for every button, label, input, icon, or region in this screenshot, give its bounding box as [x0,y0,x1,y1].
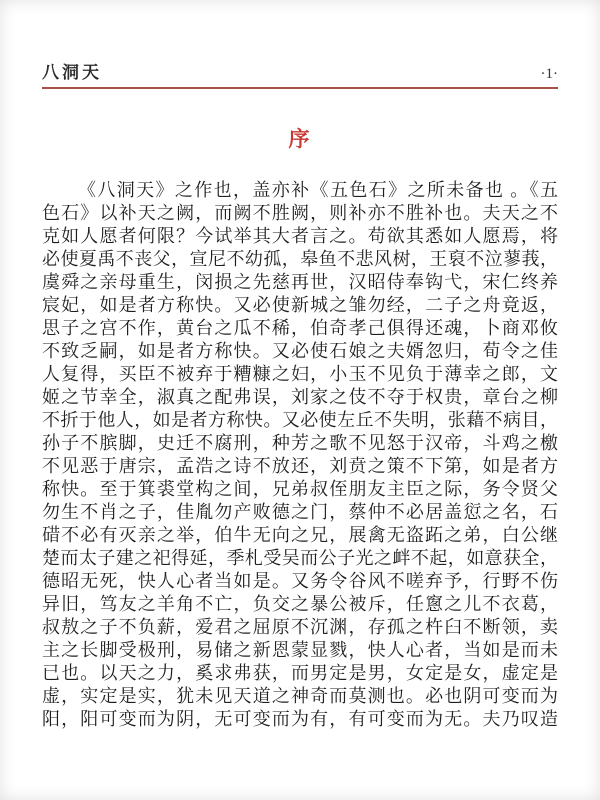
body-line: 宸妃，如是者方称快。又必使新城之雏勿经，二子之舟竟返， [42,294,558,317]
body-line: 称快。至于箕裘堂构之间，兄弟叔侄朋友主臣之际，务令贤父 [42,478,558,501]
body-line: 不折于他人，如是者方称快。又必使左丘不失明，张藉不病目， [42,409,558,432]
book-page: 八洞天 ·1· 序 《八洞天》之作也，盖亦补《五色石》之所未备也 。《五色石》以… [0,0,600,800]
body-line: 碏不必有灭亲之举，伯牛无向之兄，展禽无盗跖之弟，白公继 [42,524,558,547]
section-title: 序 [42,123,558,153]
body-line: 阳，阳可变而为阴，无可变而为有，有可变而为无。夫乃叹造 [42,708,558,731]
page-header: 八洞天 ·1· [42,58,558,83]
header-rule [42,87,558,89]
book-title: 八洞天 [42,58,102,83]
body-line: 勿生不肖之子，佳胤勿产败德之门，蔡仲不必居盖愆之名，石 [42,501,558,524]
body-line: 《八洞天》之作也，盖亦补《五色石》之所未备也 。《五 [42,179,558,202]
body-line: 德昭无死，快人心者当如是。又务令谷风不嗟弃予，行野不伤 [42,570,558,593]
body-line: 楚而太子建之祀得延，季札受吴而公子光之衅不起，如意获全， [42,547,558,570]
body-line: 思子之宫不作，黄台之瓜不稀，伯奇孝己俱得还魂，卜商邓攸 [42,317,558,340]
body-line: 虚，实定是实，犹未见天道之神奇而莫测也。必也阴可变而为 [42,685,558,708]
body-line: 不见恶于唐宗，孟浩之诗不放还，刘贲之策不下第，如是者方 [42,455,558,478]
body-line: 已也。以天之力，奚求弗获，而男定是男，女定是女，虚定是 [42,662,558,685]
body-line: 叔敖之子不负薪，爱君之屈原不沉渊，存孤之杵臼不断领，卖 [42,616,558,639]
body-line: 孙子不膑脚，史迁不腐刑，种芳之歌不见怒于汉帝，斗鸡之檄 [42,432,558,455]
body-line: 色石》以补天之阙，而阙不胜阙，则补亦不胜补也。夫天之不 [42,202,558,225]
body-line: 异旧，笃友之羊角不亡，负交之暴公被斥，任窻之儿不衣葛， [42,593,558,616]
page-number: ·1· [541,66,559,83]
body-line: 不致乏嗣，如是者方称快。又必使石娘之夫婿忽归，荀令之佳 [42,340,558,363]
body-line: 人复得，买臣不被弃于糟糠之妇，小玉不见负于薄幸之郎，文 [42,363,558,386]
body-line: 主之长脚受极刑，易储之新恩蒙显戮，快人心者，当如是而未 [42,639,558,662]
body-line: 虞舜之亲母重生，闵损之先慈再世，汉昭侍奉钩弋，宋仁终养 [42,271,558,294]
body-line: 姬之节幸全，淑真之配弗误，刘家之伎不夺于权贵，章台之柳 [42,386,558,409]
body-line: 必使夏禹不丧父，宣尼不幼孤，皋鱼不悲风树，王裒不泣蓼莪， [42,248,558,271]
preface-text: 《八洞天》之作也，盖亦补《五色石》之所未备也 。《五色石》以补天之阙，而阙不胜阙… [42,179,558,731]
body-line: 克如人愿者何限？今试举其大者言之。苟欲其悉如人愿焉，将 [42,225,558,248]
